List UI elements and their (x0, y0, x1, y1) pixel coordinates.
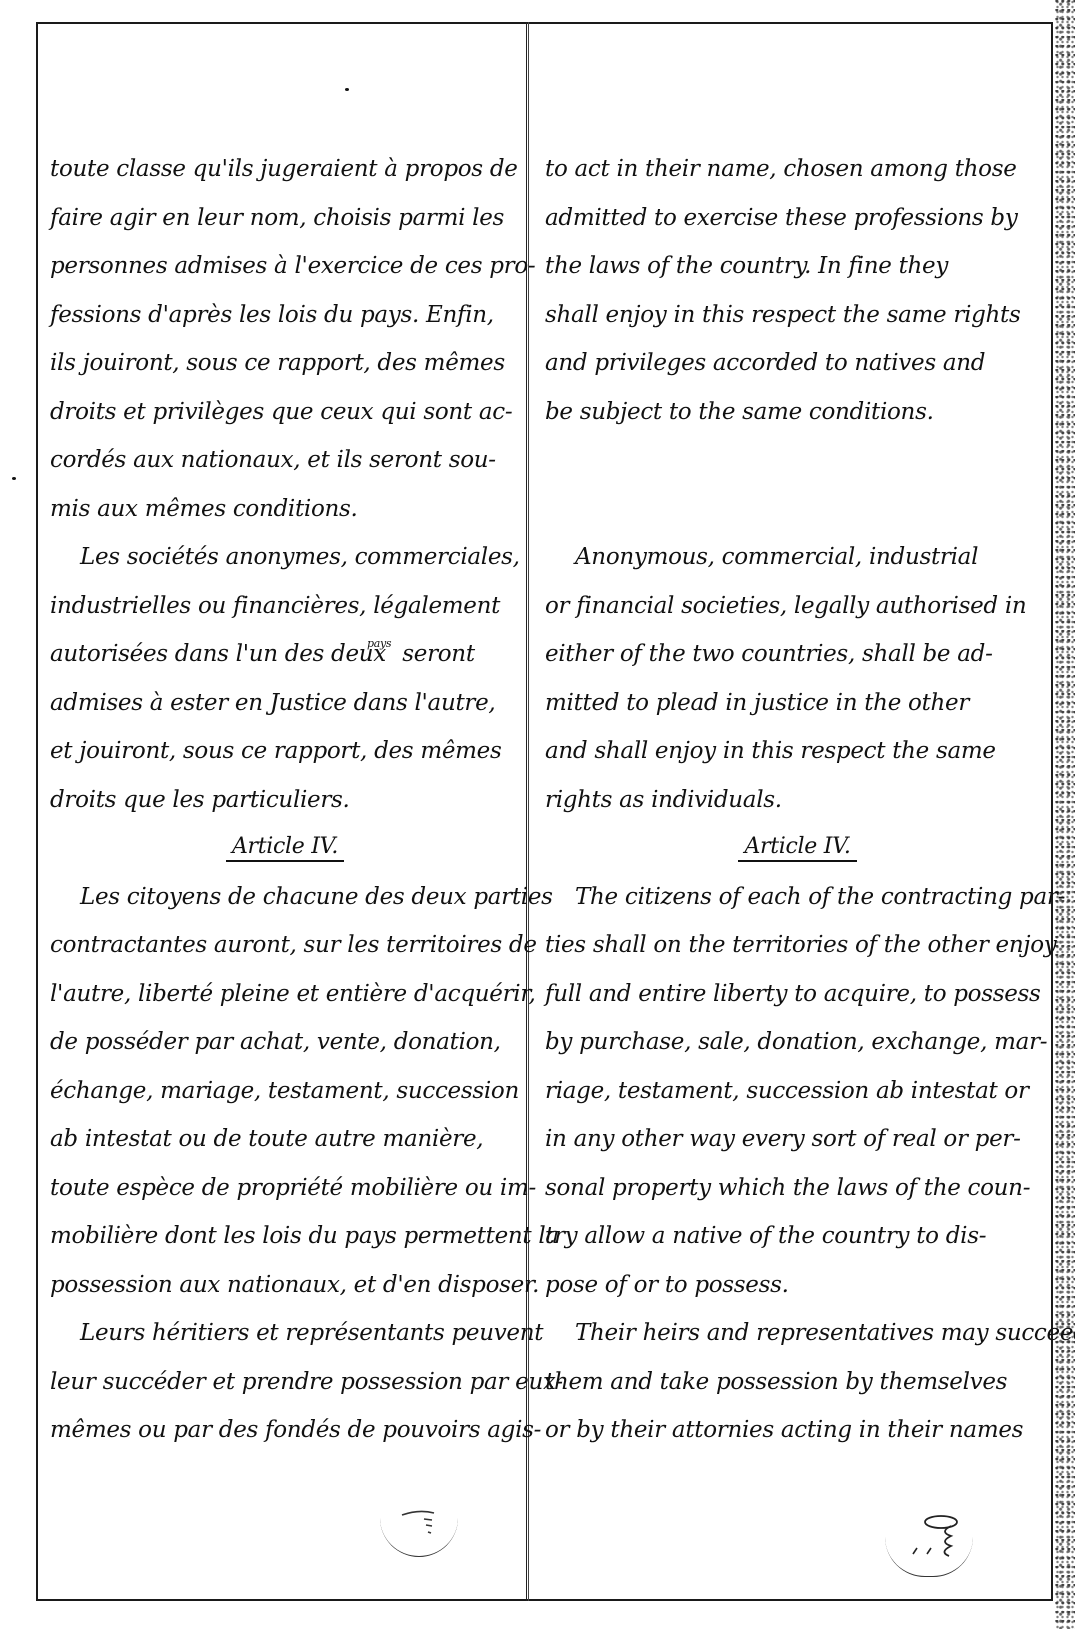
text-line: toute espèce de propriété mobilière ou i… (50, 1164, 520, 1213)
text-line: full and entire liberty to acquire, to p… (545, 970, 1050, 1019)
paraph-flourish-icon (394, 1505, 444, 1545)
paragraph-start-line: Leurs héritiers et représentants peuvent (50, 1309, 520, 1358)
text-line: contractantes auront, sur les territoire… (50, 921, 520, 970)
ink-speck (12, 477, 16, 480)
scan-edge-noise (1055, 0, 1075, 1629)
text-line: either of the two countries, shall be ad… (545, 630, 1050, 679)
text-line: or financial societies, legally authoris… (545, 582, 1050, 631)
text-line: and privileges accorded to natives and (545, 339, 1050, 388)
text-line: rights as individuals. (545, 776, 1050, 825)
paragraph-start-line: Les sociétés anonymes, commerciales, (50, 533, 520, 582)
ink-speck (345, 88, 349, 91)
text-line: toute classe qu'ils jugeraient à propos … (50, 145, 520, 194)
text-line-with-insertion: autorisées dans l'un des deux pays seron… (50, 630, 520, 679)
text-line: shall enjoy in this respect the same rig… (545, 291, 1050, 340)
article-heading-text: Article IV. (226, 834, 344, 862)
interlinear-insertion: pays (367, 637, 391, 650)
text-line: mobilière dont les lois du pays permette… (50, 1212, 520, 1261)
text-line: admises à ester en Justice dans l'autre, (50, 679, 520, 728)
text-line: and shall enjoy in this respect the same (545, 727, 1050, 776)
text-line: leur succéder et prendre possession par … (50, 1358, 520, 1407)
text-line: by purchase, sale, donation, exchange, m… (545, 1018, 1050, 1067)
french-text-column: toute classe qu'ils jugeraient à propos … (50, 145, 520, 1455)
text-line: possession aux nationaux, et d'en dispos… (50, 1261, 520, 1310)
text-line: the laws of the country. In fine they (545, 242, 1050, 291)
paragraph-start-line: The citizens of each of the contracting … (545, 873, 1050, 922)
text-line: in any other way every sort of real or p… (545, 1115, 1050, 1164)
text-line: et jouiront, sous ce rapport, des mêmes (50, 727, 520, 776)
paragraph-start-line: Their heirs and representatives may succ… (545, 1309, 1050, 1358)
text-line: fessions d'après les lois du pays. Enfin… (50, 291, 520, 340)
text-line: ils jouiront, sous ce rapport, des mêmes (50, 339, 520, 388)
text-line: échange, mariage, testament, succession (50, 1067, 520, 1116)
text-line: droits et privilèges que ceux qui sont a… (50, 388, 520, 437)
article-heading: Article IV. (545, 824, 1050, 873)
text-segment: seront (402, 641, 475, 667)
text-line: de posséder par achat, vente, donation, (50, 1018, 520, 1067)
text-line: droits que les particuliers. (50, 776, 520, 825)
text-line: pose of or to possess. (545, 1261, 1050, 1310)
text-line: cordés aux nationaux, et ils seront sou- (50, 436, 520, 485)
english-text-column: to act in their name, chosen among those… (545, 145, 1050, 1455)
text-line: mis aux mêmes conditions. (50, 485, 520, 534)
paraph-flourish-icon (899, 1510, 959, 1565)
text-segment: autorisées dans l'un des deux (50, 641, 386, 667)
text-line: be subject to the same conditions. (545, 388, 1050, 437)
paragraph-start-line: Anonymous, commercial, industrial (545, 533, 1050, 582)
text-line: personnes admises à l'exercice de ces pr… (50, 242, 520, 291)
paragraph-gap (545, 485, 1050, 534)
text-line: them and take possession by themselves (545, 1358, 1050, 1407)
text-line: l'autre, liberté pleine et entière d'acq… (50, 970, 520, 1019)
text-line: riage, testament, succession ab intestat… (545, 1067, 1050, 1116)
text-line: ab intestat ou de toute autre manière, (50, 1115, 520, 1164)
article-heading: Article IV. (50, 824, 520, 873)
paragraph-start-line: Les citoyens de chacune des deux parties (50, 873, 520, 922)
text-line: industrielles ou financières, légalement (50, 582, 520, 631)
text-line: try allow a native of the country to dis… (545, 1212, 1050, 1261)
text-line: admitted to exercise these professions b… (545, 194, 1050, 243)
text-line: or by their attornies acting in their na… (545, 1406, 1050, 1455)
text-line: faire agir en leur nom, choisis parmi le… (50, 194, 520, 243)
paragraph-gap (545, 436, 1050, 485)
text-line: ties shall on the territories of the oth… (545, 921, 1050, 970)
article-heading-text: Article IV. (738, 834, 856, 862)
text-line: mêmes ou par des fondés de pouvoirs agis… (50, 1406, 520, 1455)
text-line: to act in their name, chosen among those (545, 145, 1050, 194)
text-line: sonal property which the laws of the cou… (545, 1164, 1050, 1213)
text-line: mitted to plead in justice in the other (545, 679, 1050, 728)
